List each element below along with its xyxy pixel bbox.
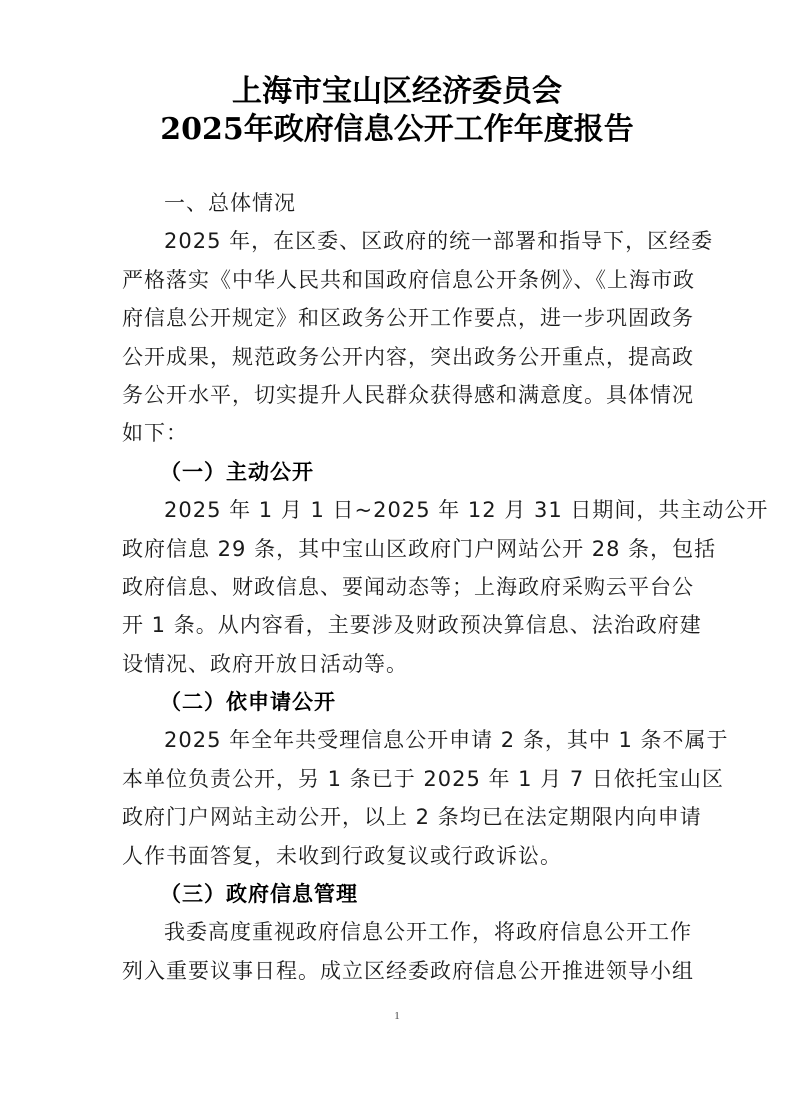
paragraph-line: 列入重要议事日程。成立区经委政府信息公开推进领导小组 xyxy=(122,952,674,990)
paragraph-line: 我委高度重视政府信息公开工作，将政府信息公开工作 xyxy=(122,913,674,951)
paragraph-line: 2025 年 1 月 1 日~2025 年 12 月 31 日期间，共主动公开 xyxy=(122,491,674,529)
paragraph-line: 2025 年全年共受理信息公开申请 2 条，其中 1 条不属于 xyxy=(122,721,674,759)
subsection-heading-proactive: （一）主动公开 xyxy=(122,453,674,491)
document-title-line2: 2025年政府信息公开工作年度报告 xyxy=(0,110,794,150)
subsection-heading-management: （三）政府信息管理 xyxy=(122,875,674,913)
paragraph-line: 设情况、政府开放日活动等。 xyxy=(122,645,674,683)
paragraph-line: 严格落实《中华人民共和国政府信息公开条例》、《上海市政 xyxy=(122,261,674,299)
section-heading-overall: 一、总体情况 xyxy=(122,184,674,222)
document-title-line1: 上海市宝山区经济委员会 xyxy=(0,72,794,112)
paragraph-line: 政府信息 29 条，其中宝山区政府门户网站公开 28 条，包括 xyxy=(122,530,674,568)
page-number: 1 xyxy=(0,1010,794,1022)
paragraph-line: 2025 年，在区委、区政府的统一部署和指导下，区经委 xyxy=(122,222,674,260)
subsection-heading-on-request: （二）依申请公开 xyxy=(122,683,674,721)
paragraph-line: 政府门户网站主动公开，以上 2 条均已在法定期限内向申请 xyxy=(122,798,674,836)
paragraph-line: 如下： xyxy=(122,414,674,452)
paragraph-line: 公开成果，规范政务公开内容，突出政务公开重点，提高政 xyxy=(122,338,674,376)
document-body: 一、总体情况 2025 年，在区委、区政府的统一部署和指导下，区经委 严格落实《… xyxy=(122,184,674,990)
paragraph-line: 务公开水平，切实提升人民群众获得感和满意度。具体情况 xyxy=(122,376,674,414)
document-page: 上海市宝山区经济委员会 2025年政府信息公开工作年度报告 一、总体情况 202… xyxy=(0,0,794,1093)
paragraph-line: 本单位负责公开，另 1 条已于 2025 年 1 月 7 日依托宝山区 xyxy=(122,760,674,798)
paragraph-line: 政府信息、财政信息、要闻动态等；上海政府采购云平台公 xyxy=(122,568,674,606)
paragraph-line: 开 1 条。从内容看，主要涉及财政预决算信息、法治政府建 xyxy=(122,606,674,644)
paragraph-line: 人作书面答复，未收到行政复议或行政诉讼。 xyxy=(122,837,674,875)
paragraph-line: 府信息公开规定》和区政务公开工作要点，进一步巩固政务 xyxy=(122,299,674,337)
